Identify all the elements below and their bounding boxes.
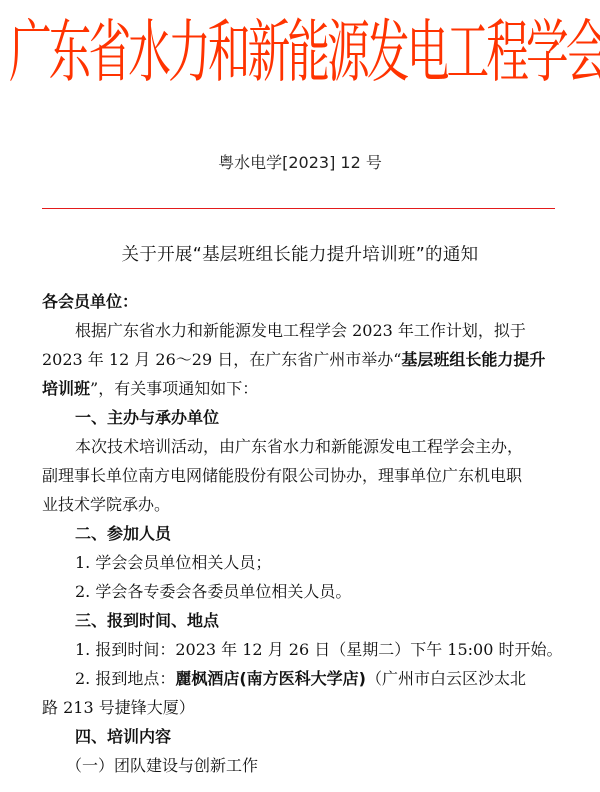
- intro-line-2-prefix: 2023 年 12 月 26～29 日，在广东省广州市举办“: [42, 350, 401, 369]
- document-number: 粤水电学[2023] 12 号: [0, 152, 600, 174]
- section-2-heading: 二、参加人员: [42, 519, 562, 548]
- section-2-item-1: 1. 学会会员单位相关人员；: [42, 548, 562, 577]
- section-1-heading: 一、主办与承办单位: [42, 403, 562, 432]
- section-3-item-2-continued: 路 213 号捷锋大厦）: [42, 693, 562, 722]
- salutation: 各会员单位：: [42, 287, 562, 316]
- intro-line-2: 2023 年 12 月 26～29 日，在广东省广州市举办“基层班组长能力提升: [42, 345, 562, 374]
- section-1-line-1: 本次技术培训活动，由广东省水力和新能源发电工程学会主办，: [42, 432, 562, 461]
- section-2-item-2: 2. 学会各专委会各委员单位相关人员。: [42, 577, 562, 606]
- intro-line-3: 培训班”，有关事项通知如下：: [42, 374, 562, 403]
- section-4-subitem-1: （一）团队建设与创新工作: [42, 751, 562, 780]
- section-4-heading: 四、培训内容: [42, 722, 562, 751]
- red-divider-rule: [42, 208, 555, 209]
- section-3-item-2-prefix: 2. 报到地点：: [75, 669, 175, 688]
- notice-title: 关于开展“基层班组长能力提升培训班”的通知: [0, 242, 600, 268]
- masthead-title: 广东省水力和新能源发电工程学会文件: [9, 0, 591, 116]
- section-3-item-1: 1. 报到时间：2023 年 12 月 26 日（星期二）下午 15:00 时开…: [42, 635, 562, 664]
- intro-line-3-suffix: ”，有关事项通知如下：: [90, 379, 258, 398]
- intro-line-1: 根据广东省水力和新能源发电工程学会 2023 年工作计划，拟于: [42, 316, 562, 345]
- section-1-line-2: 副理事长单位南方电网储能股份有限公司协办，理事单位广东机电职: [42, 461, 562, 490]
- training-name-part-1: 基层班组长能力提升: [401, 350, 545, 369]
- hotel-name: 麗枫酒店(南方医科大学店): [175, 669, 366, 688]
- section-3-item-2-suffix: （广州市白云区沙太北: [366, 669, 526, 688]
- document-body: 各会员单位： 根据广东省水力和新能源发电工程学会 2023 年工作计划，拟于 2…: [42, 287, 562, 780]
- section-3-item-2: 2. 报到地点：麗枫酒店(南方医科大学店)（广州市白云区沙太北: [42, 664, 562, 693]
- section-1-line-3: 业技术学院承办。: [42, 490, 562, 519]
- training-name-part-2: 培训班: [42, 379, 90, 398]
- section-3-heading: 三、报到时间、地点: [42, 606, 562, 635]
